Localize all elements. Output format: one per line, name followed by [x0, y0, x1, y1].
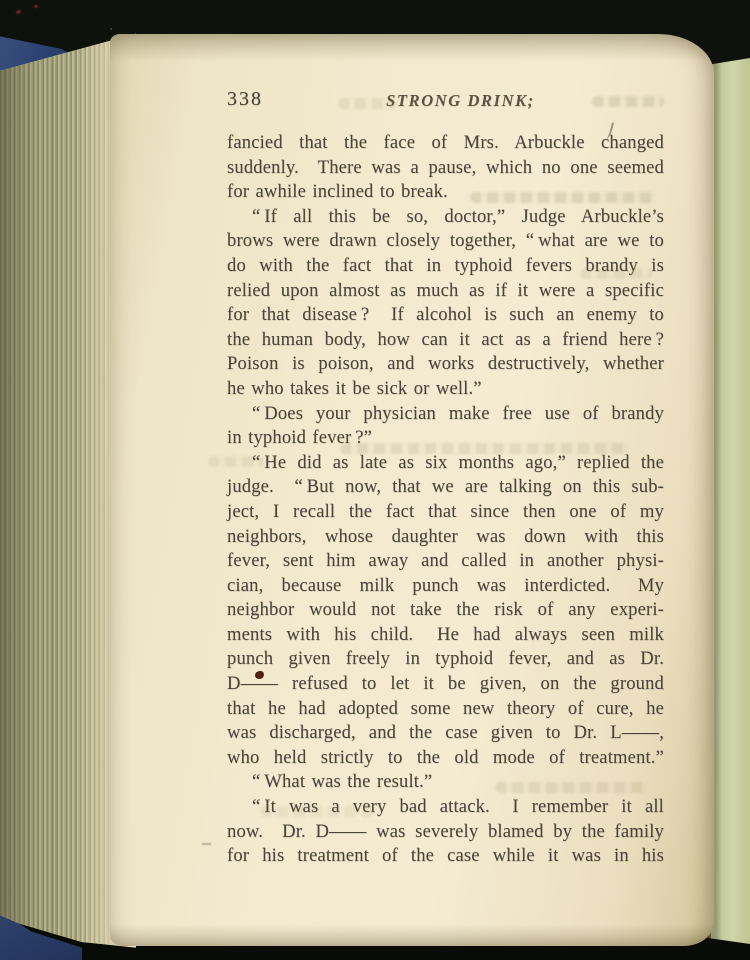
- book-page: 338 STRONG DRINK; fancied that the face …: [110, 34, 714, 946]
- ink-blot: [255, 671, 264, 679]
- bleed-through-text: [495, 782, 647, 793]
- red-speck: [34, 5, 38, 8]
- text-line: suddenly. There was a pause, which no on…: [227, 156, 664, 181]
- text-line: Poison is poison, and works destructivel…: [227, 352, 664, 377]
- bleed-through-text: [340, 443, 628, 454]
- text-line: was discharged, and the case given to Dr…: [227, 721, 664, 746]
- bleed-through-text: [338, 98, 396, 109]
- text-line: punch given freely in typhoid fever, and…: [227, 647, 664, 672]
- bleed-through-text: [208, 456, 264, 467]
- text-line: now. Dr. D—— was severely blamed by the …: [227, 820, 664, 845]
- red-speck: [16, 10, 21, 14]
- text-line: for his treatment of the case while it w…: [227, 844, 664, 869]
- text-line: neighbors, whose daughter was down with …: [227, 525, 664, 550]
- dust-speck: [110, 28, 112, 30]
- bleed-through-text: [592, 96, 664, 107]
- text-line: that he had adopted some new theory of c…: [227, 697, 664, 722]
- bleed-through-text: [470, 192, 656, 203]
- text-line: he who takes it be sick or well.”: [227, 377, 664, 402]
- text-line: ments with his child. He had always seen…: [227, 623, 664, 648]
- margin-mark: [202, 843, 211, 845]
- text-line: neighbor would not take the risk of any …: [227, 598, 664, 623]
- text-line: fever, sent him away and called in anoth…: [227, 549, 664, 574]
- text-line: “ He did as late as six months ago,” rep…: [227, 451, 664, 476]
- text-line: D—— refused to let it be given, on the g…: [227, 672, 664, 697]
- text-line: judge. “ But now, that we are talking on…: [227, 475, 664, 500]
- text-line: cian, because milk punch was interdicted…: [227, 574, 664, 599]
- text-line: relied upon almost as much as if it were…: [227, 279, 664, 304]
- text-line: ject, I recall the fact that since then …: [227, 500, 664, 525]
- bleed-through-text: [580, 268, 652, 279]
- text-line: brows were drawn closely together, “ wha…: [227, 229, 664, 254]
- text-line: “ Does your physician make free use of b…: [227, 402, 664, 427]
- text-block: fancied that the face of Mrs. Arbuckle c…: [227, 131, 664, 869]
- text-line: “ If all this be so, doctor,” Judge Arbu…: [227, 205, 664, 230]
- text-line: for that disease ? If alcohol is such an…: [227, 303, 664, 328]
- text-line: fancied that the face of Mrs. Arbuckle c…: [227, 131, 664, 156]
- bleed-through-text: [260, 806, 380, 817]
- text-line: the human body, how can it act as a frie…: [227, 328, 664, 353]
- text-line: who held strictly to the old mode of tre…: [227, 746, 664, 771]
